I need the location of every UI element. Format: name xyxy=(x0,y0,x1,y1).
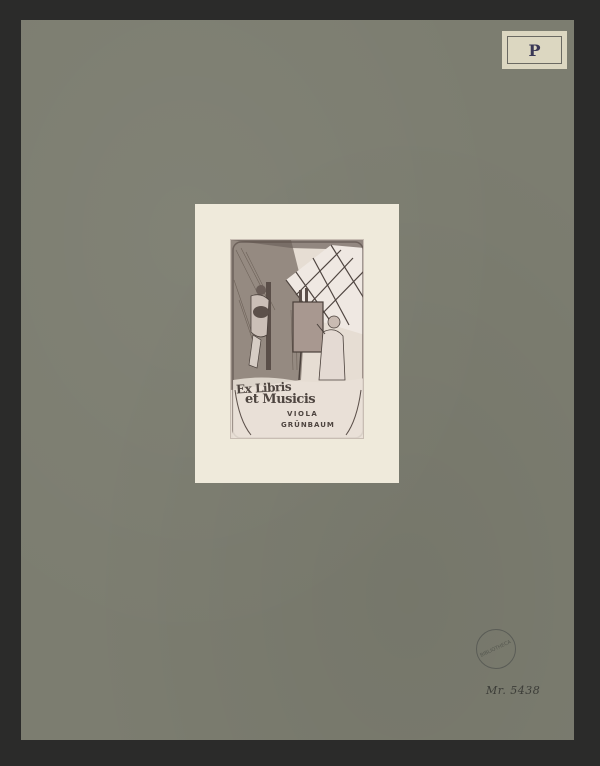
stamp-text: BIBLIOTHECA xyxy=(480,639,513,659)
shelf-label-frame: P xyxy=(507,36,562,64)
owner-first-name: VIOLA xyxy=(287,410,364,418)
handwritten-inventory-number: Mr. 5438 xyxy=(486,684,540,697)
library-stamp: BIBLIOTHECA xyxy=(476,629,516,669)
cream-mount: Ex Libris et Musicis VIOLA GRÜNBAUM xyxy=(195,204,399,483)
shelf-label-letter: P xyxy=(528,41,540,60)
et-musicis-text: et Musicis xyxy=(245,392,364,407)
bookplate-etching: Ex Libris et Musicis VIOLA GRÜNBAUM xyxy=(230,239,364,439)
shelf-label: P xyxy=(502,31,567,69)
owner-last-name: GRÜNBAUM xyxy=(281,421,364,429)
mounting-board: P xyxy=(21,20,574,740)
